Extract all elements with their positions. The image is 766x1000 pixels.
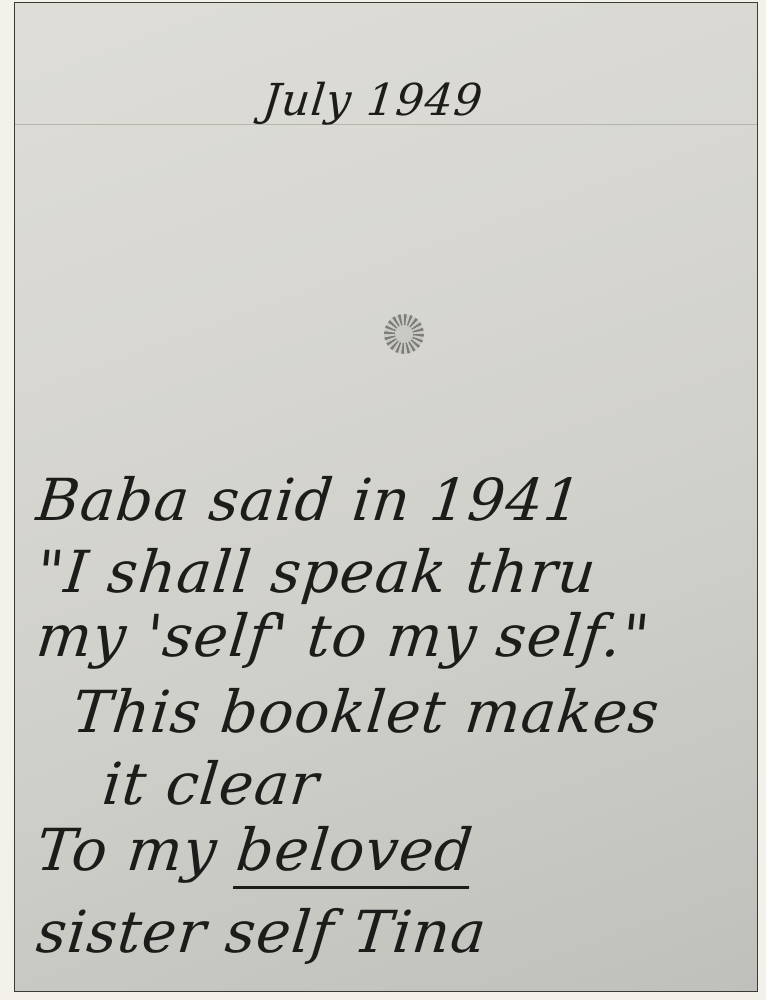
note-line-4: This booklet makes	[70, 683, 662, 741]
rosette-stamp-icon	[384, 314, 424, 354]
note-line-3: my 'self' to my self."	[34, 607, 653, 665]
note-line-1: Baba said in 1941	[34, 471, 585, 529]
note-line-6: To my beloved	[34, 821, 476, 879]
dedication-prefix: To my	[33, 816, 240, 884]
underlined-word-beloved: beloved	[233, 816, 477, 889]
handwritten-page: July 1949 Baba said in 1941 "I shall spe…	[14, 2, 758, 992]
note-line-2: "I shall speak thru	[34, 543, 599, 601]
date-heading: July 1949	[260, 75, 485, 126]
note-line-7-signature: sister self Tina	[34, 903, 490, 961]
note-line-5: it clear	[100, 755, 322, 813]
